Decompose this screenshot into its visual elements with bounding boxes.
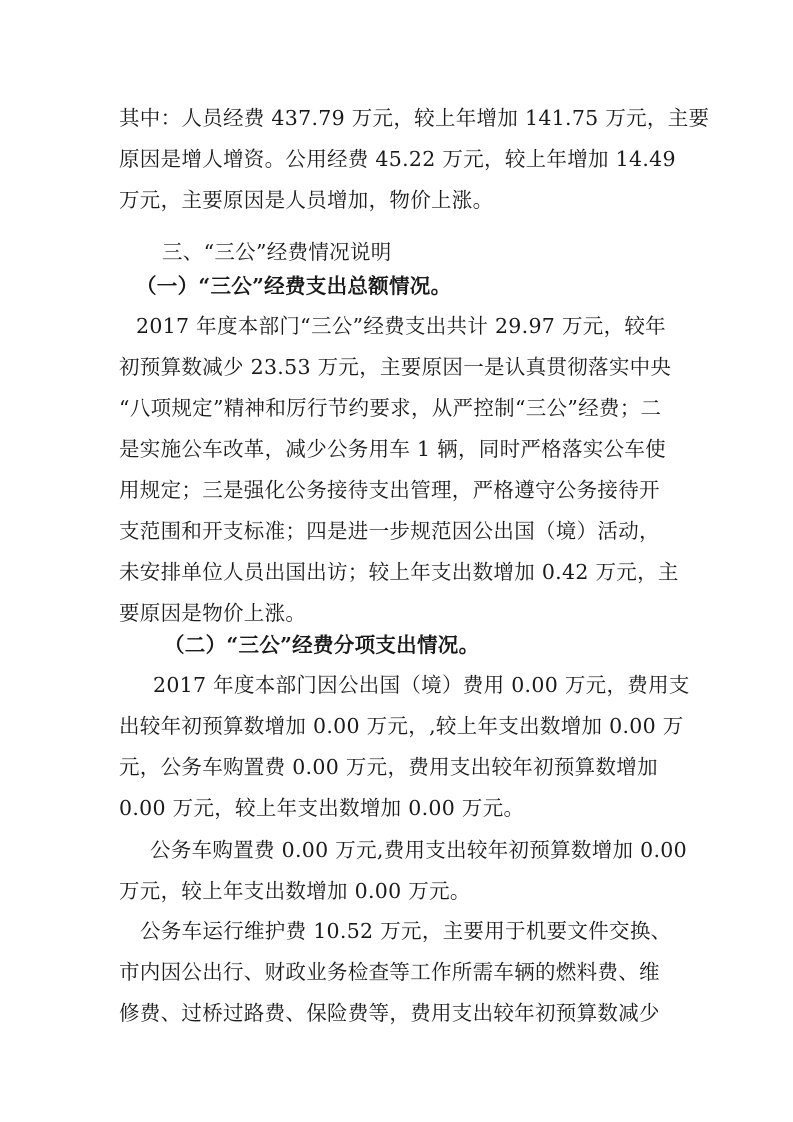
text-line: 支范围和开支标准；四是进一步规范因公出国（境）活动，: [119, 517, 679, 545]
text-line: 万元，主要原因是人员增加，物价上涨。: [119, 186, 679, 214]
text-line: 是实施公车改革，减少公务用车 1 辆，同时严格落实公车使: [119, 435, 679, 463]
subsection-heading: （一）“三公”经费支出总额情况。: [136, 272, 696, 300]
text-line: 修费、过桥过路费、保险费等，费用支出较年初预算数减少: [119, 999, 679, 1027]
text-line: 公务车购置费 0.00 万元,费用支出较年初预算数增加 0.00: [150, 836, 710, 864]
text-line: 要原因是物价上涨。: [119, 599, 679, 627]
document-page: 其中：人员经费 437.79 万元，较上年增加 141.75 万元，主要 原因是…: [0, 0, 793, 1122]
text-line: 出较年初预算数增加 0.00 万元，,较上年支出数增加 0.00 万: [119, 712, 679, 740]
text-line: 未安排单位人员出国出访；较上年支出数增加 0.42 万元，主: [119, 558, 679, 586]
text-line: 市内因公出行、财政业务检查等工作所需车辆的燃料费、维: [119, 958, 679, 986]
text-line: 其中：人员经费 437.79 万元，较上年增加 141.75 万元，主要: [119, 104, 679, 132]
text-line: 用规定；三是强化公务接待支出管理，严格遵守公务接待开: [119, 476, 679, 504]
text-line: 元，公务车购置费 0.00 万元，费用支出较年初预算数增加: [119, 753, 679, 781]
text-line: 0.00 万元，较上年支出数增加 0.00 万元。: [119, 794, 679, 822]
text-line: 公务车运行维护费 10.52 万元，主要用于机要文件交换、: [140, 917, 700, 945]
text-line: 2017 年度本部门“三公”经费支出共计 29.97 万元，较年: [136, 312, 696, 340]
text-line: “八项规定”精神和厉行节约要求，从严控制“三公”经费；二: [119, 394, 679, 422]
text-line: 2017 年度本部门因公出国（境）费用 0.00 万元，费用支: [153, 671, 713, 699]
subsection-heading: （二）“三公”经费分项支出情况。: [164, 631, 724, 659]
section-heading: 三、“三公”经费情况说明: [162, 238, 722, 266]
text-line: 万元，较上年支出数增加 0.00 万元。: [119, 877, 679, 905]
text-line: 初预算数减少 23.53 万元，主要原因一是认真贯彻落实中央: [119, 353, 679, 381]
text-line: 原因是增人增资。公用经费 45.22 万元，较上年增加 14.49: [119, 145, 679, 173]
